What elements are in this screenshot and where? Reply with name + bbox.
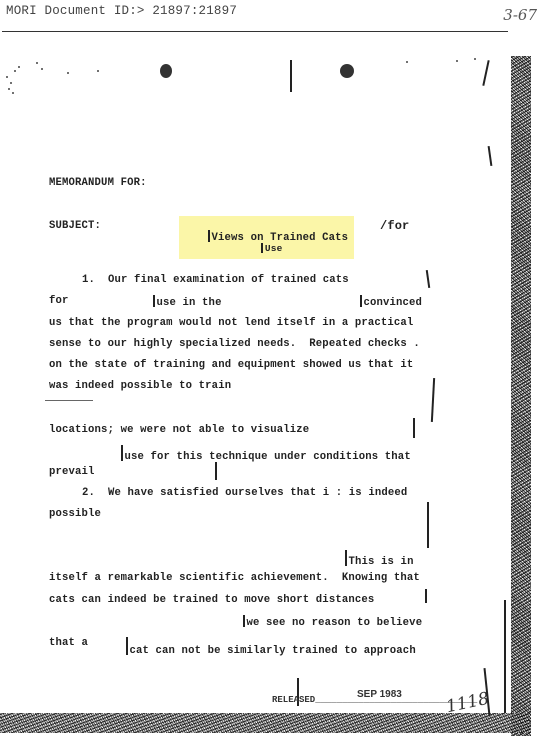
redaction-marker <box>261 243 263 253</box>
release-date: SEP 1983 <box>357 689 402 700</box>
body-line: prevail <box>49 466 95 478</box>
body-line: that a <box>49 637 88 649</box>
body-line: itself a remarkable scientific achieveme… <box>49 572 420 584</box>
redaction-marker <box>360 295 362 307</box>
redaction-bar-mark <box>215 462 217 480</box>
body-line: use for this technique under conditions … <box>121 445 411 463</box>
margin-slash-mark <box>482 60 489 86</box>
margin-bracket-mark <box>488 146 493 166</box>
scan-border-right <box>511 56 531 736</box>
body-line: for <box>49 295 69 307</box>
body-line: 2. We have satisfied ourselves that i : … <box>82 487 407 499</box>
document-id: MORI Document ID:> 21897:21897 <box>6 4 237 18</box>
redaction-marker <box>345 550 347 566</box>
redaction-bar-mark <box>426 270 430 288</box>
scan-border-edge <box>504 600 506 713</box>
body-line: we see no reason to believe <box>243 615 422 629</box>
redaction-bar-mark <box>425 589 427 603</box>
body-line: convinced <box>360 295 422 309</box>
body-line: sense to our highly specialized needs. R… <box>49 338 420 350</box>
redaction-marker <box>208 230 210 242</box>
redaction-marker <box>153 295 155 307</box>
body-line: use in the <box>153 295 222 309</box>
body-line: us that the program would not lend itsel… <box>49 317 413 329</box>
redaction-marker <box>243 615 245 627</box>
punch-hole-mark-right <box>340 64 354 78</box>
body-line: possible <box>49 508 101 520</box>
scanned-document-page: MORI Document ID:> 21897:21897 3-67 MEMO… <box>0 0 547 750</box>
header-rule <box>2 31 508 32</box>
body-line: cats can indeed be trained to move short… <box>49 594 374 606</box>
redaction-bar-mark <box>413 418 415 438</box>
redaction-marker <box>126 637 128 655</box>
redaction-bar-mark <box>427 502 429 548</box>
body-line: locations; we were not able to visualize <box>49 424 309 436</box>
subject-subline-text: Use <box>265 243 283 254</box>
redaction-dash-mark <box>45 400 93 401</box>
page-number: 3-67 <box>503 6 537 24</box>
subject-label: SUBJECT: <box>49 220 101 232</box>
body-line: cat can not be similarly trained to appr… <box>126 637 416 657</box>
redaction-marker <box>121 445 123 461</box>
body-line: 1. Our final examination of trained cats <box>82 274 349 286</box>
subject-trailing: /for <box>380 219 409 233</box>
body-line: on the state of training and equipment s… <box>49 359 413 371</box>
body-line: This is in <box>345 550 414 568</box>
body-line: was indeed possible to train <box>49 380 231 392</box>
punch-hole-mark-left <box>160 64 172 78</box>
redaction-bar-mark <box>290 60 292 92</box>
redaction-bar-mark <box>431 378 435 422</box>
memorandum-for-label: MEMORANDUM FOR: <box>49 177 147 189</box>
subject-subline: Use <box>238 232 282 265</box>
